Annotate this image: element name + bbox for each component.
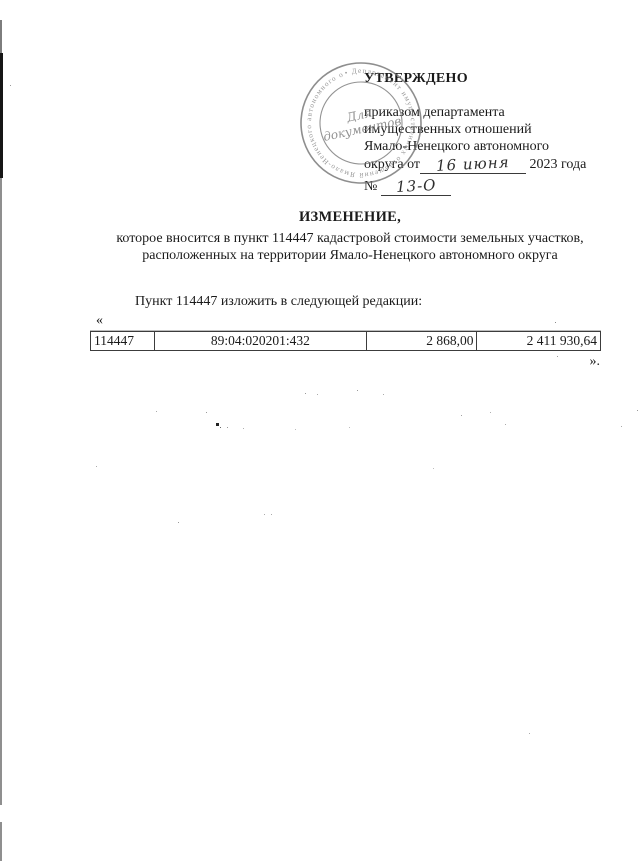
scan-edge-line [0,822,2,861]
table-cell-cadastral-number: 89:04:020201:432 [155,332,367,350]
approval-line: имущественных отношений [364,121,614,138]
body-paragraph: Пункт 114447 изложить в следующей редакц… [135,294,422,310]
handwritten-date: 16 июня [436,154,510,175]
approval-label: УТВЕРЖДЕНО [364,70,614,87]
document-subtitle: которое вносится в пункт 114447 кадастро… [70,231,630,264]
cadastral-table: 114447 89:04:020201:432 2 868,00 2 411 9… [90,331,601,351]
approval-line: Ямало-Ненецкого автономного [364,138,614,155]
date-suffix: 2023 года [530,157,587,172]
approval-number-line: № 13-О [364,177,614,196]
scan-noise-specks [0,0,1,1]
subtitle-line: расположенных на территории Ямало-Ненецк… [70,248,630,265]
scan-edge-line [0,53,3,178]
table-cell-cadastral-value: 2 411 930,64 [477,332,600,350]
document-page: УТВЕРЖДЕНО приказом департамента имущест… [0,0,640,861]
approval-line: приказом департамента [364,104,614,121]
table-cell-area: 2 868,00 [367,332,478,350]
scan-edge-line [0,20,2,53]
date-prefix: округа от [364,157,420,172]
document-title: ИЗМЕНЕНИЕ, [70,209,630,226]
approval-date-line: округа от16 июня 2023 года [364,155,614,174]
close-quote-mark: ». [560,354,600,370]
handwritten-date-field: 16 июня [420,155,526,174]
subtitle-line: которое вносится в пункт 114447 кадастро… [70,231,630,248]
approval-block: УТВЕРЖДЕНО приказом департамента имущест… [364,70,614,196]
number-label: № [364,179,377,194]
handwritten-number: 13-О [395,177,436,196]
heading-block: ИЗМЕНЕНИЕ, которое вносится в пункт 1144… [70,209,630,264]
open-quote-mark: « [96,313,103,329]
scan-edge-line [0,178,2,805]
handwritten-number-field: 13-О [381,177,451,196]
table-cell-item-number: 114447 [91,332,155,350]
